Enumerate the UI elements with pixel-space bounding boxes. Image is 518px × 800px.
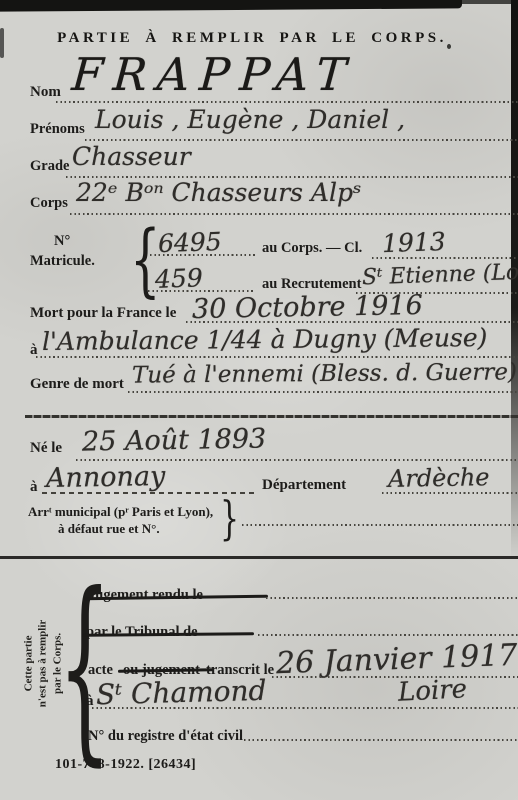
grade-value: Chasseur bbox=[72, 142, 191, 171]
nom-line bbox=[56, 101, 518, 103]
nom-label: Nom bbox=[30, 84, 61, 101]
matricule-label-top: N° bbox=[54, 233, 70, 250]
matricule-corps-number-line bbox=[150, 254, 255, 256]
arrondissement-label-line1: Arrᵗ municipal (pʳ Paris et Lyon), bbox=[28, 504, 213, 520]
sidebar-note-line1: Cette partie bbox=[22, 588, 36, 738]
departement-value: Ardèche bbox=[388, 463, 490, 493]
mort-date-value: 30 Octobre 1916 bbox=[192, 290, 423, 325]
nom-value: FRAPPAT bbox=[70, 48, 358, 101]
transcrit-date-value: 26 Janvier 1917 bbox=[275, 638, 518, 681]
section-divider-1 bbox=[25, 415, 518, 418]
death-record-card: PARTIE À REMPLIR PAR LE CORPS. Nom FRAPP… bbox=[0, 0, 518, 800]
sidebar-note-line2: n'est pas à remplir bbox=[36, 588, 50, 738]
transcrit-commune-value: Sᵗ Chamond bbox=[96, 674, 267, 711]
matricule-label-bottom: Matricule. bbox=[30, 253, 95, 270]
lieu-deces-line bbox=[36, 356, 518, 358]
form-title: PARTIE À REMPLIR PAR LE CORPS. bbox=[0, 30, 504, 47]
scan-edge-top bbox=[0, 0, 462, 12]
naissance-label: Né le bbox=[30, 440, 62, 457]
transcrit-departement-value: Loire bbox=[397, 674, 468, 708]
classe-line bbox=[372, 257, 518, 259]
registre-line bbox=[244, 739, 518, 741]
tribunal-line bbox=[258, 634, 518, 636]
bureau-recrutement-value: Sᵗ Etienne (Loire) bbox=[362, 259, 518, 291]
corps-label: Corps bbox=[30, 195, 68, 212]
lieu-deces-value: l'Ambulance 1/44 à Dugny (Meuse) bbox=[42, 323, 488, 356]
departement-line bbox=[382, 492, 518, 494]
grade-label: Grade bbox=[30, 158, 69, 175]
arrondissement-brace: } bbox=[220, 496, 239, 540]
prenoms-label: Prénoms bbox=[30, 121, 85, 138]
prenoms-value: Louis , Eugène , Daniel , bbox=[95, 105, 405, 134]
naissance-commune-value: Annonay bbox=[46, 461, 166, 494]
arrondissement-label-line2: à défaut rue et N°. bbox=[58, 521, 160, 537]
matricule-recrutement-number-line bbox=[148, 290, 255, 292]
arrondissement-line bbox=[242, 524, 518, 526]
transcrit-lieu-line bbox=[92, 707, 518, 709]
departement-label: Département bbox=[262, 477, 346, 494]
registre-label: N° du registre d'état civil bbox=[88, 728, 243, 745]
naissance-date-value: 25 Août 1893 bbox=[82, 423, 267, 457]
corps-value: 22ᵉ Bᵒⁿ Chasseurs Alpˢ bbox=[76, 178, 361, 207]
scan-edge-top-right bbox=[455, 0, 518, 4]
genre-mort-value: Tué à l'ennemi (Bless. d. Guerre) bbox=[132, 359, 517, 388]
au-corps-label: au Corps. — Cl. bbox=[262, 240, 362, 257]
prenoms-line bbox=[85, 139, 518, 141]
jugement-line bbox=[266, 597, 518, 599]
acte-word: acte bbox=[88, 662, 113, 679]
transcrit-date-line bbox=[272, 676, 518, 678]
classe-value: 1913 bbox=[382, 227, 447, 258]
genre-mort-line bbox=[128, 391, 518, 393]
imprint-reference: 101-708-1922. [26434] bbox=[55, 757, 196, 773]
naissance-lieu-label: à bbox=[30, 479, 38, 496]
mort-label: Mort pour la France le bbox=[30, 305, 176, 322]
genre-mort-label: Genre de mort bbox=[30, 376, 124, 393]
